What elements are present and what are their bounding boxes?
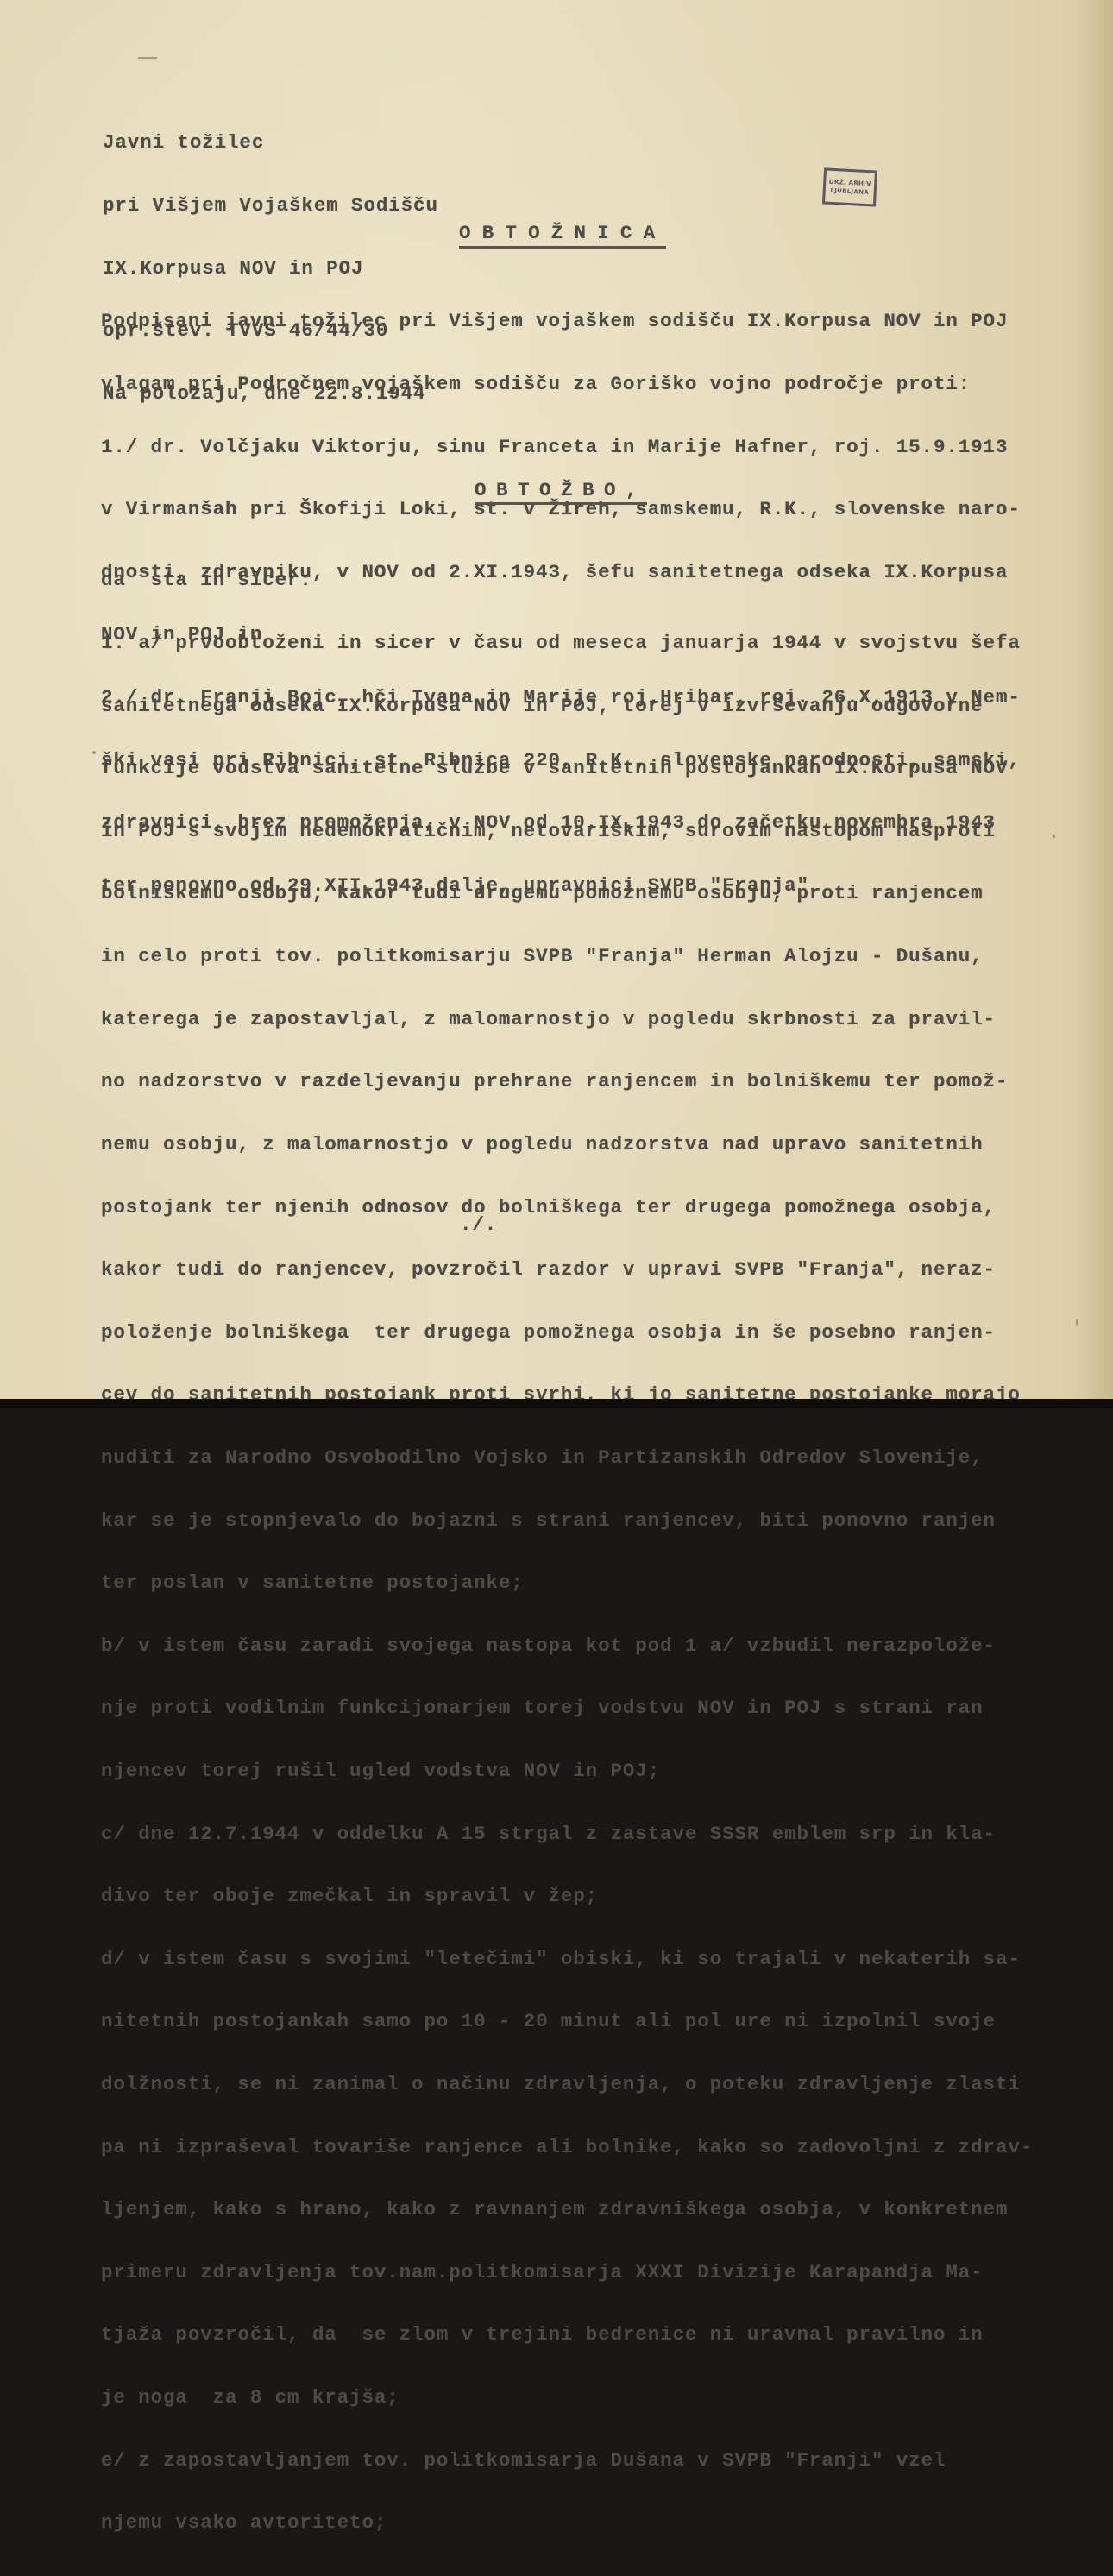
text-line: in celo proti tov. politkomisarju SVPB "…: [101, 946, 1033, 967]
charges-paragraph: da sta in sicer: 1. a/ prvoobtoženi in s…: [101, 528, 1033, 1408]
continuation-mark: ./.: [460, 1214, 497, 1235]
header-line: pri Višjem Vojaškem Sodišču: [103, 195, 438, 216]
stamp-line: LJUBLJANA: [830, 186, 869, 197]
paper-speck: [1076, 1319, 1078, 1326]
header-line: Javni tožilec: [103, 132, 438, 153]
text-line: sanitetnega odseka IX.Korpusa NOV in POJ…: [101, 696, 1033, 716]
text-line: Podpisani javni tožilec pri Višjem vojaš…: [101, 311, 1021, 331]
paper-speck: [1053, 835, 1055, 838]
text-line: položenje bolniškega ter drugega pomožne…: [101, 1322, 1033, 1343]
text-line: nemu osobju, z malomarnostjo v pogledu n…: [101, 1134, 1033, 1155]
paper-speck: [92, 751, 96, 754]
text-line: katerega je zapostavljal, z malomarnostj…: [101, 1009, 1033, 1030]
text-line: no nadzorstvo v razdeljevanju prehrane r…: [101, 1071, 1033, 1092]
archive-stamp: DRŽ. ARHIV LJUBLJANA: [822, 167, 877, 206]
scan-border: [0, 1399, 1113, 1408]
margin-mark: [138, 57, 157, 59]
text-line: funkcije vodstva sanitetne službe v sani…: [101, 758, 1033, 778]
text-line: da sta in sicer:: [101, 570, 1033, 590]
text-line: 1./ dr. Volčjaku Viktorju, sinu Franceta…: [101, 437, 1021, 457]
text-line: postojank ter njenih odnosov do bolniške…: [101, 1197, 1033, 1218]
document-page: Javni tožilec pri Višjem Vojaškem Sodišč…: [0, 0, 1113, 1399]
text-line: bolniškemu osobju, kakor tudi drugemu po…: [101, 883, 1033, 904]
text-line: 1. a/ prvoobtoženi in sicer v času od me…: [101, 633, 1033, 653]
text-line: in POJ s svojim nedemokratičnim, netovar…: [101, 821, 1033, 841]
text-line: kakor tudi do ranjencev, povzročil razdo…: [101, 1259, 1033, 1280]
text-line: vlagam pri Področnem vojaškem sodišču za…: [101, 374, 1021, 394]
section-title: OBTOŽBO,: [475, 480, 647, 505]
document-title: OBTOŽNICA: [459, 223, 666, 249]
